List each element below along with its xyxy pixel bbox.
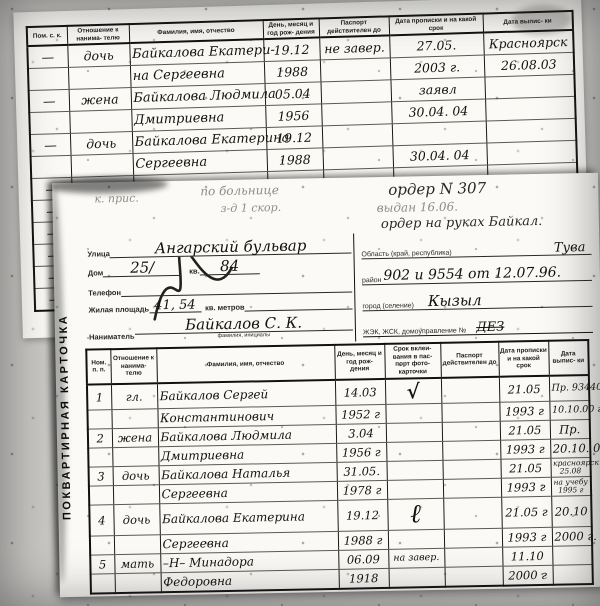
- table-cell: дочь: [113, 504, 160, 536]
- table-cell: 30.04. 04: [391, 99, 486, 124]
- table-cell: дочь: [70, 132, 133, 156]
- tenant-label: Наниматель: [89, 332, 135, 342]
- table-cell: 20.10. 00 г: [550, 438, 590, 458]
- table-cell: [444, 528, 502, 548]
- column-header: Фамилия, имя, отчество: [156, 345, 335, 383]
- table-body: 1гл.Байкалов Сергей14.03√21.05Пр. 93440К…: [87, 375, 593, 594]
- apartment-label: кв.: [189, 266, 200, 275]
- table-cell: [113, 485, 159, 505]
- table-cell: [68, 66, 131, 90]
- living-area-label: Жилая площадь: [88, 304, 149, 314]
- table-cell: [89, 485, 113, 504]
- table-cell: [486, 141, 577, 166]
- raion-label: район: [362, 277, 382, 284]
- table-cell: 21.05 г: [501, 496, 552, 528]
- table-cell: [28, 68, 69, 91]
- residents-table-wrap: Ном. п. п. Отношение к нанима- телю Фами…: [85, 339, 594, 594]
- area-fill-line: [244, 297, 352, 312]
- column-header: Паспорт действителен до: [440, 342, 499, 378]
- house-value: 25/: [103, 260, 181, 277]
- note-text: по больнице: [200, 183, 279, 199]
- table-cell: [442, 421, 500, 441]
- table-cell: [385, 403, 441, 423]
- note-text: з-д 1 скор.: [220, 201, 281, 215]
- column-header: День, месяц и год рож- дения: [263, 18, 320, 39]
- table-cell: [441, 376, 499, 403]
- note-text: к. прис.: [94, 192, 139, 206]
- table-cell: красноярск 25.08: [550, 457, 590, 477]
- table-cell: [88, 447, 112, 466]
- table-cell: жена: [112, 428, 158, 448]
- column-header: Отношение к нанима- телю: [110, 348, 157, 384]
- phone-line: Телефон: [88, 276, 352, 298]
- table-cell: [90, 535, 114, 554]
- table-cell: [320, 58, 391, 82]
- table-cell: [87, 409, 111, 428]
- table-cell: [392, 121, 487, 146]
- city-value: Кызыл: [428, 293, 482, 309]
- zhek-line: ЖЭК, ЖСК, домоуправление № ДЕЗ: [363, 307, 593, 337]
- table-cell: [114, 535, 160, 555]
- zhek-value: ДЕЗ: [476, 321, 504, 335]
- phone-label: Телефон: [88, 288, 121, 298]
- table-cell: 1956: [265, 104, 322, 128]
- table-cell: 2003 г.: [390, 55, 485, 80]
- table-cell: дочь: [67, 43, 130, 67]
- street-label: Улица: [87, 249, 110, 258]
- table-cell: [442, 440, 500, 460]
- region-block: Область (край, республика) Тува район 90…: [353, 229, 593, 342]
- table-cell: 19.12: [337, 499, 388, 531]
- table-cell: [91, 573, 115, 593]
- table-cell: [486, 119, 577, 144]
- table-cell: [388, 529, 444, 549]
- table-cell: 1988 г: [338, 530, 388, 550]
- oblast-value: Тува: [554, 241, 586, 255]
- column-header: Дата выпис- ки: [483, 11, 574, 33]
- address-block: Улица Ангарский бульвар Дом 25/ кв. 84 Т…: [87, 238, 353, 347]
- table-cell: √: [385, 378, 441, 405]
- table-cell: мать: [114, 554, 160, 574]
- table-cell: [442, 459, 500, 479]
- table-cell: [444, 547, 502, 567]
- column-header: Пом. с. к.: [27, 26, 68, 47]
- card-side-title: ПОКВАРТИРНАЯ КАРТОЧКА: [56, 249, 86, 585]
- zhek-label: ЖЭК, ЖСК, домоуправление №: [363, 327, 466, 336]
- table-cell: [443, 478, 501, 498]
- table-cell: на учебу 1995 г: [551, 476, 591, 496]
- table-cell: ℓ: [387, 498, 444, 530]
- table-cell: 4: [89, 504, 114, 535]
- table-cell: [71, 154, 134, 178]
- table-cell: —: [30, 134, 71, 157]
- table-cell: Байкалова Екатерина: [159, 500, 338, 534]
- column-header: Отношение к нанима- телю: [67, 24, 130, 45]
- table-cell: [322, 146, 393, 170]
- raion-value: 902 и 9554 от 12.07.96.: [383, 265, 561, 284]
- house-label: Дом: [88, 268, 104, 277]
- table-cell: —: [29, 90, 70, 113]
- table-cell: 1978 г: [337, 480, 387, 500]
- table-cell: 1988: [266, 148, 323, 172]
- column-header: Срок вклеи- вания в пас- порт фото- карт…: [384, 343, 441, 379]
- table-cell: [552, 564, 592, 584]
- apartment-value: 84: [199, 258, 259, 275]
- note-text: ордер на руках Байкал.: [381, 214, 543, 232]
- table-cell: Пр.: [550, 419, 590, 439]
- table-cell: 2: [88, 428, 112, 447]
- table-cell: [386, 422, 442, 442]
- note-text: выдан 16.06.: [376, 199, 458, 215]
- column-header: Паспорт действителен до: [319, 16, 390, 37]
- bottom-card-table: Ном. п. п. Отношение к нанима- телю Фами…: [85, 339, 594, 594]
- table-cell: [115, 573, 161, 593]
- table-cell: [320, 80, 391, 104]
- table-cell: 20.10: [551, 495, 592, 527]
- tenant-line: Наниматель Байкалов С. К. фамилия, иници…: [89, 315, 353, 342]
- table-cell: гл.: [111, 383, 157, 409]
- table-cell: 3.04: [336, 423, 386, 443]
- table-cell: [441, 402, 499, 422]
- note-text: ордер N 307: [388, 179, 486, 199]
- table-cell: 31.05.: [336, 461, 386, 481]
- table-cell: [443, 497, 502, 529]
- column-header: Ном. п. п.: [86, 349, 111, 384]
- table-cell: 21.05: [500, 458, 550, 478]
- column-header: Дата выпис- ки: [548, 340, 589, 376]
- table-cell: 1993 г: [500, 439, 550, 459]
- table-cell: 1993 г: [502, 527, 552, 547]
- table-cell: не завер.: [319, 36, 390, 61]
- table-cell: Байкалов Сергей: [157, 380, 335, 409]
- table-cell: Федоровна: [161, 569, 339, 592]
- table-cell: [485, 97, 576, 122]
- table-cell: жена: [69, 88, 132, 112]
- table-cell: 1918: [339, 568, 389, 588]
- area-line: Жилая площадь 41, 54 кв. метров: [88, 296, 352, 315]
- table-cell: —: [27, 45, 68, 69]
- table-cell: 3: [89, 466, 113, 485]
- street-line: Улица Ангарский бульвар: [87, 238, 351, 259]
- table-cell: 1952 г: [335, 404, 385, 424]
- table-cell: 2000 г: [503, 565, 553, 585]
- table-cell: 30.04. 04: [392, 143, 487, 168]
- table-cell: Красноярск: [483, 30, 574, 55]
- table-cell: [484, 75, 575, 100]
- table-cell: [322, 124, 393, 148]
- table-cell: [111, 409, 157, 429]
- table-cell: заявл: [390, 77, 485, 102]
- table-cell: [387, 479, 443, 499]
- table-cell: 11.10: [502, 546, 552, 566]
- table-cell: [321, 102, 392, 126]
- table-cell: [31, 156, 72, 179]
- phone-value: [121, 278, 352, 297]
- table-cell: 06.09: [338, 549, 388, 569]
- table-cell: [69, 110, 132, 134]
- column-header: Дата прописки и на какой срок: [498, 341, 549, 377]
- table-cell: 1: [87, 384, 111, 410]
- table-cell: 26.08.03: [484, 53, 575, 78]
- table-cell: 1993 г: [501, 477, 551, 497]
- living-area-value: 41, 54: [149, 298, 201, 313]
- table-cell: 21.05: [499, 376, 549, 402]
- table-cell: 14.03: [335, 379, 385, 405]
- table-cell: [389, 567, 445, 588]
- table-cell: 1993 г: [499, 401, 549, 421]
- house-line: Дом 25/ кв. 84: [88, 257, 352, 278]
- street-value: Ангарский бульвар: [110, 238, 352, 259]
- table-cell: [386, 460, 442, 480]
- area-units-label: кв. метров: [205, 303, 245, 313]
- table-cell: [386, 441, 442, 461]
- table-cell: 5: [90, 554, 114, 573]
- table-cell: 2000 г.: [552, 526, 592, 546]
- city-label: город (селение): [362, 302, 414, 310]
- table-cell: на завер.: [388, 548, 444, 568]
- table-cell: [29, 112, 70, 135]
- table-cell: 21.05: [500, 420, 550, 440]
- table-cell: Пр. 93440: [549, 375, 589, 401]
- table-cell: [445, 566, 503, 587]
- table-cell: [112, 447, 158, 467]
- table-cell: 27.05.: [389, 33, 484, 58]
- scanned-document-page: Пом. с. к. Отношение к нанима- телю Фами…: [0, 0, 600, 606]
- table-cell: [552, 545, 592, 565]
- table-cell: дочь: [113, 466, 159, 486]
- registration-card-bottom: ПОКВАРТИРНАЯ КАРТОЧКА к. прис. по больни…: [52, 173, 600, 597]
- table-cell: 1956 г: [336, 442, 386, 462]
- table-cell: 1988: [264, 60, 321, 84]
- table-cell: 10.10.00 г: [549, 400, 589, 420]
- column-header: День, месяц и год рож- дения: [334, 344, 385, 380]
